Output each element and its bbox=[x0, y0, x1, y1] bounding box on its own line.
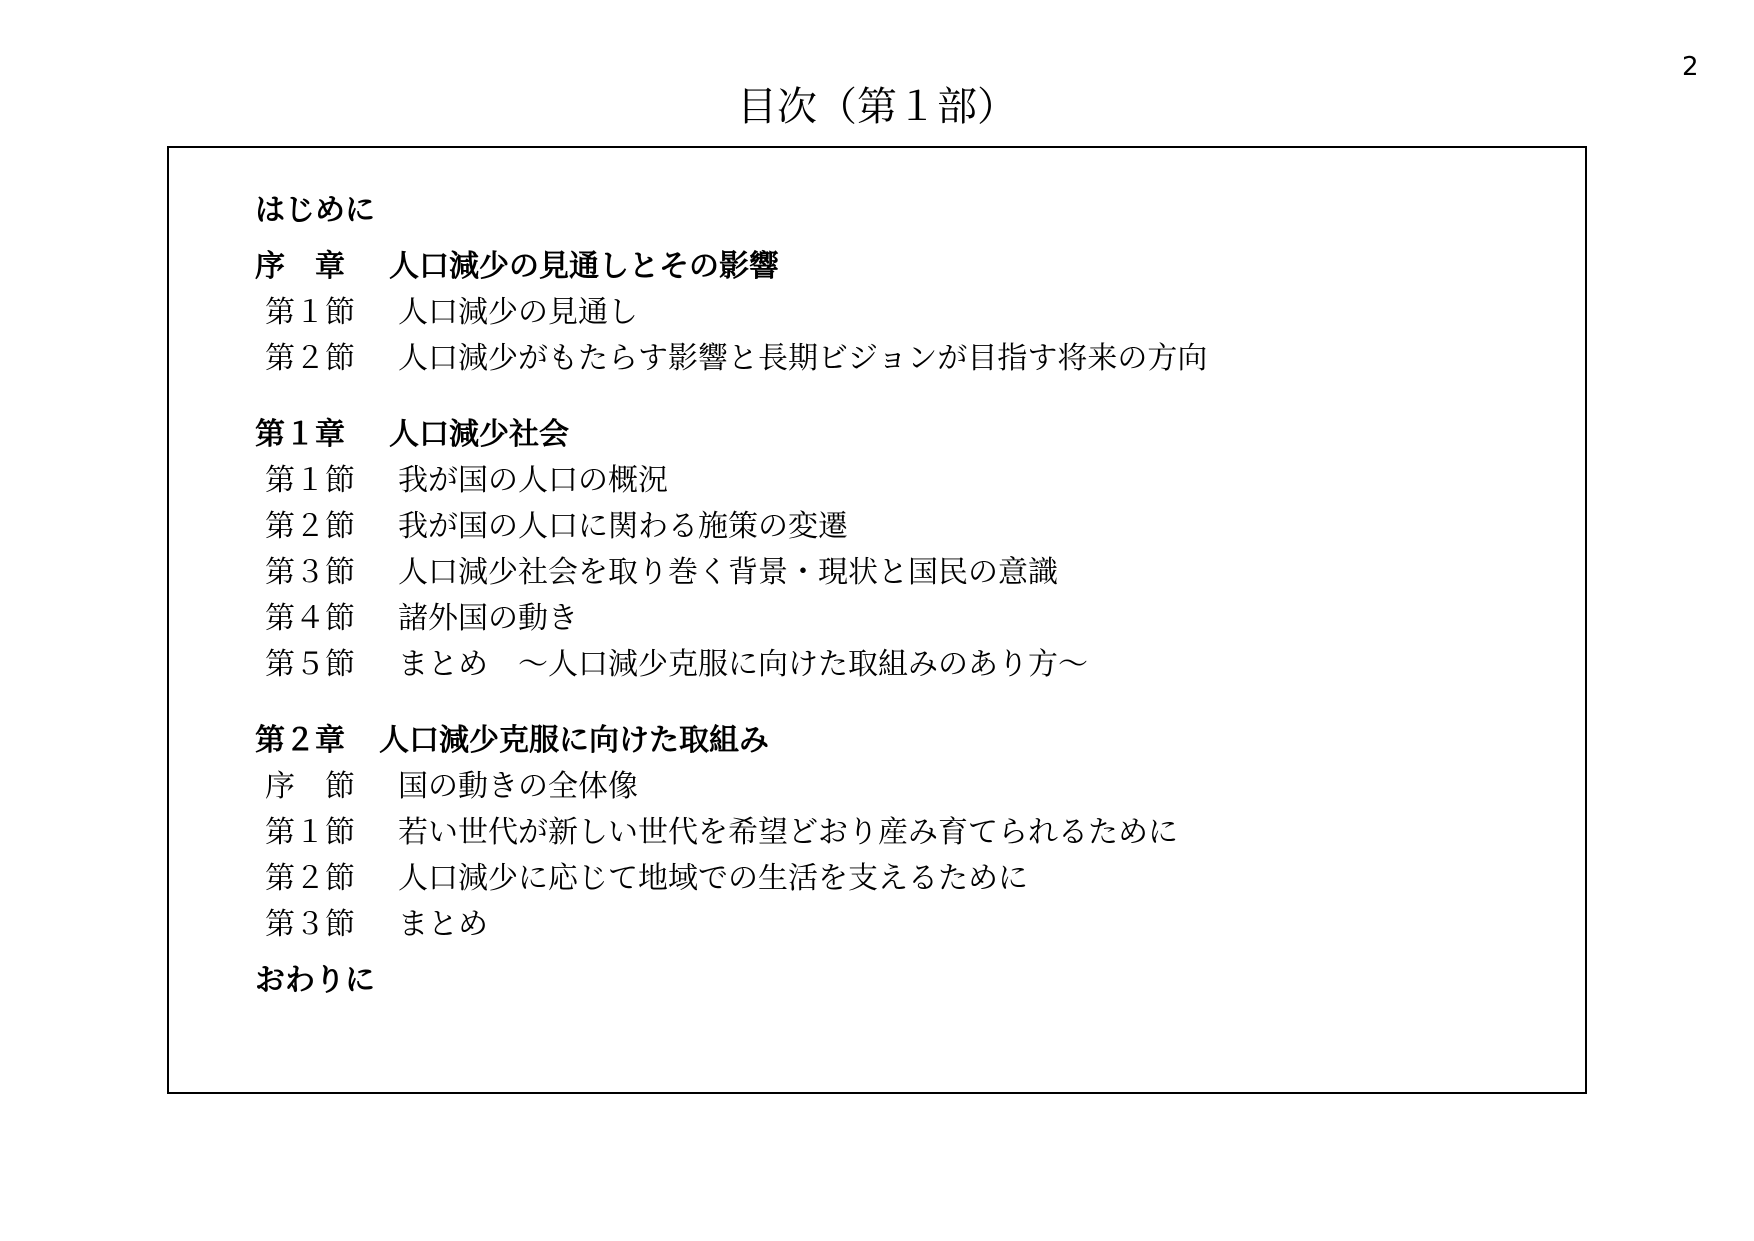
toc-chapter-1[interactable]: 第１章 人口減少社会 bbox=[255, 412, 1207, 458]
section-number: 第３節 bbox=[265, 902, 398, 948]
toc-intro[interactable]: はじめに bbox=[255, 188, 1207, 234]
toc-section[interactable]: 第１節 我が国の人口の概況 bbox=[255, 458, 1207, 504]
section-number: 第３節 bbox=[265, 550, 398, 596]
page-number: 2 bbox=[1682, 52, 1699, 82]
section-number: 第２節 bbox=[265, 856, 398, 902]
section-title: 人口減少社会を取り巻く背景・現状と国民の意識 bbox=[398, 550, 1058, 596]
section-number: 第１節 bbox=[265, 810, 398, 856]
section-title: 我が国の人口に関わる施策の変遷 bbox=[398, 504, 848, 550]
section-number: 第２節 bbox=[265, 504, 398, 550]
section-title: 若い世代が新しい世代を希望どおり産み育てられるために bbox=[398, 810, 1178, 856]
toc-section[interactable]: 第２節 人口減少に応じて地域での生活を支えるために bbox=[255, 856, 1207, 902]
section-number: 第４節 bbox=[265, 596, 398, 642]
toc-section[interactable]: 第５節 まとめ ～人口減少克服に向けた取組みのあり方～ bbox=[255, 642, 1207, 688]
toc-section[interactable]: 第１節 若い世代が新しい世代を希望どおり産み育てられるために bbox=[255, 810, 1207, 856]
section-title: 諸外国の動き bbox=[398, 596, 578, 642]
toc-section[interactable]: 第４節 諸外国の動き bbox=[255, 596, 1207, 642]
chapter-title: 人口減少の見通しとその影響 bbox=[389, 244, 779, 290]
section-number: 第１節 bbox=[265, 458, 398, 504]
section-title: 人口減少がもたらす影響と長期ビジョンが目指す将来の方向 bbox=[398, 336, 1207, 382]
chapter-number: 第１章 bbox=[255, 412, 389, 458]
toc-section[interactable]: 第３節 人口減少社会を取り巻く背景・現状と国民の意識 bbox=[255, 550, 1207, 596]
section-number: 第２節 bbox=[265, 336, 398, 382]
toc-outro[interactable]: おわりに bbox=[255, 958, 1207, 1004]
section-number: 第５節 bbox=[265, 642, 398, 688]
section-title: 我が国の人口の概況 bbox=[398, 458, 668, 504]
toc-list: はじめに 序 章 人口減少の見通しとその影響 第１節 人口減少の見通し 第２節 … bbox=[255, 188, 1207, 1004]
table-of-contents-box: はじめに 序 章 人口減少の見通しとその影響 第１節 人口減少の見通し 第２節 … bbox=[167, 146, 1587, 1094]
section-title: 人口減少に応じて地域での生活を支えるために bbox=[398, 856, 1028, 902]
toc-chapter-2[interactable]: 第２章 人口減少克服に向けた取組み bbox=[255, 718, 1207, 764]
chapter-number: 序 章 bbox=[255, 244, 389, 290]
chapter-title: 人口減少克服に向けた取組み bbox=[379, 718, 769, 764]
toc-section[interactable]: 第２節 人口減少がもたらす影響と長期ビジョンが目指す将来の方向 bbox=[255, 336, 1207, 382]
toc-section[interactable]: 第２節 我が国の人口に関わる施策の変遷 bbox=[255, 504, 1207, 550]
section-number: 第１節 bbox=[265, 290, 398, 336]
toc-section[interactable]: 第３節 まとめ bbox=[255, 902, 1207, 948]
toc-chapter-0[interactable]: 序 章 人口減少の見通しとその影響 bbox=[255, 244, 1207, 290]
section-title: 国の動きの全体像 bbox=[398, 764, 638, 810]
section-title: 人口減少の見通し bbox=[398, 290, 638, 336]
chapter-title: 人口減少社会 bbox=[389, 412, 569, 458]
section-title: まとめ ～人口減少克服に向けた取組みのあり方～ bbox=[398, 642, 1088, 688]
toc-section[interactable]: 序 節 国の動きの全体像 bbox=[255, 764, 1207, 810]
chapter-number: 第２章 bbox=[255, 718, 379, 764]
page-title: 目次（第１部） bbox=[0, 82, 1754, 132]
section-title: まとめ bbox=[398, 902, 488, 948]
section-number: 序 節 bbox=[265, 764, 398, 810]
toc-section[interactable]: 第１節 人口減少の見通し bbox=[255, 290, 1207, 336]
